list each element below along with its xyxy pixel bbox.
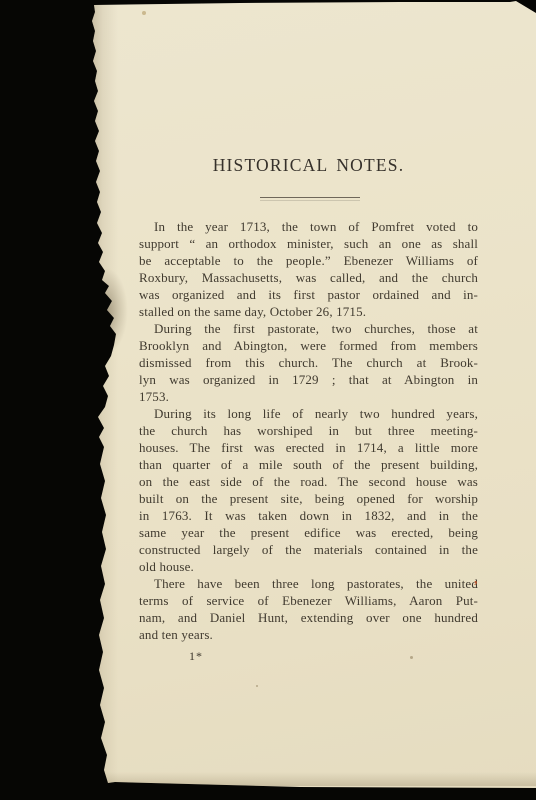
scan-background: HISTORICAL NOTES. In the year 1713, the … [0,0,536,800]
text-line: In the year 1713, the town of Pomfret vo… [139,218,478,235]
text-line: 1753. [139,388,478,405]
text-line: same year the present edifice was erecte… [139,524,478,541]
text-line: terms of service of Ebenezer Williams, A… [139,592,478,609]
text-line: support “ an orthodox minister, such an … [139,235,478,252]
text-line: During the first pastorate, two churches… [139,320,478,337]
text-line: the church has worshiped in but three me… [139,422,478,439]
text-line: old house. [139,558,478,575]
bottom-edge-shadow [95,772,536,786]
text-line: on the east side of the road. The second… [139,473,478,490]
text-line: nam, and Daniel Hunt, extending over one… [139,609,478,626]
text-line: Brooklyn and Abington, were formed from … [139,337,478,354]
text-line: be acceptable to the people.” Ebenezer W… [139,252,478,269]
text-line: lyn was organized in 1729 ; that at Abin… [139,371,478,388]
red-ink-comma: , [474,572,478,588]
paper-speck [256,685,258,687]
book-page: HISTORICAL NOTES. In the year 1713, the … [0,0,536,800]
page-body: In the year 1713, the town of Pomfret vo… [139,218,478,643]
signature-mark: 1* [189,649,203,664]
text-line: During its long life of nearly two hundr… [139,405,478,422]
text-line: stalled on the same day, October 26, 171… [139,303,478,320]
text-line: than quarter of a mile south of the pres… [139,456,478,473]
text-line: and ten years. [139,626,478,643]
text-line: built on the present site, being opened … [139,490,478,507]
torn-edge-notch-shadow [98,268,128,354]
text-line: Roxbury, Massachusetts, was called, and … [139,269,478,286]
text-line: dismissed from this church. The church a… [139,354,478,371]
torn-edge-shadow [90,0,118,800]
text-line: constructed largely of the materials con… [139,541,478,558]
title-divider-rule [260,197,360,201]
paper-speck [410,656,413,659]
paper-speck [142,11,146,15]
text-line: in 1763. It was taken down in 1832, and … [139,507,478,524]
text-line: houses. The first was erected in 1714, a… [139,439,478,456]
text-line: was organized and its first pastor ordai… [139,286,478,303]
text-line: There have been three long pastorates, t… [139,575,478,592]
page-title: HISTORICAL NOTES. [139,155,478,176]
